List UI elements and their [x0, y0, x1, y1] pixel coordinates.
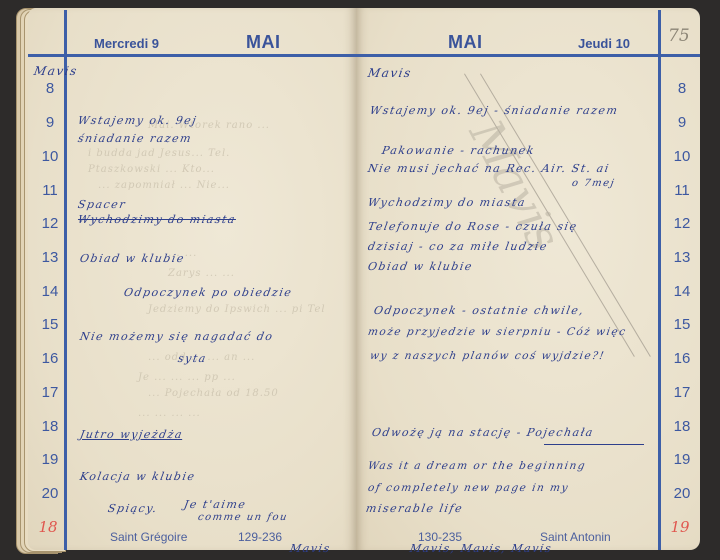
- pencil-overlay-text: Mavis: [459, 111, 572, 259]
- handwritten-entry: Mavis: [33, 64, 79, 78]
- handwritten-entry: Odpoczynek - ostatnie chwile,: [373, 304, 586, 317]
- hour-20: 20: [38, 485, 62, 502]
- hour-15: 15: [670, 316, 694, 333]
- day-of-year-number: 18: [36, 518, 60, 536]
- left-page: Mercredi 9 MAI Mai. Wtorek rano ... i bu…: [28, 8, 356, 550]
- hour-16: 16: [670, 350, 694, 367]
- hour-11: 11: [670, 182, 694, 199]
- hour-20: 20: [670, 485, 694, 502]
- handwritten-entry: Obiad w klubie: [79, 252, 186, 265]
- hour-12: 12: [670, 215, 694, 232]
- handwritten-entry: Was it a dream or the beginning: [367, 460, 587, 472]
- handwritten-entry: Odwożę ją na stację - Pojechała: [371, 426, 595, 439]
- bleed-through-text: Ptaszkowski ... Kto...: [88, 164, 215, 175]
- hour-column-rule: [658, 10, 661, 550]
- bleed-through-text: i budda jad Jesus... Tel.: [88, 148, 230, 159]
- hour-12: 12: [38, 215, 62, 232]
- handwritten-entry: Wstajemy ok. 9ej - śniadanie razem: [369, 104, 620, 117]
- hour-10: 10: [38, 148, 62, 165]
- handwritten-entry: syta: [177, 352, 208, 365]
- bleed-through-text: ... Pojechała od 18.50: [148, 388, 279, 399]
- day-label: Jeudi 10: [578, 36, 630, 51]
- handwritten-entry: Nie możemy się nagadać do: [79, 330, 275, 343]
- month-label: MAI: [448, 32, 483, 53]
- handwritten-entry: Spacer: [77, 198, 127, 211]
- hour-18: 18: [670, 418, 694, 435]
- handwritten-entry: of completely new page in my: [367, 482, 570, 494]
- hour-17: 17: [670, 384, 694, 401]
- hour-14: 14: [38, 283, 62, 300]
- hour-9: 9: [38, 114, 62, 131]
- hour-13: 13: [670, 249, 694, 266]
- hour-17: 17: [38, 384, 62, 401]
- handwritten-entry: Spiący.: [107, 502, 159, 515]
- day-counter: 130-235: [418, 530, 462, 544]
- bleed-through-text: Zarys ... ...: [168, 268, 235, 279]
- hour-10: 10: [670, 148, 694, 165]
- handwritten-entry: comme un fou: [197, 512, 289, 523]
- hour-16: 16: [38, 350, 62, 367]
- bleed-through-text: ... zapomniał ... Nie...: [98, 180, 230, 191]
- handwritten-entry: Wstajemy ok. 9ej: [77, 114, 198, 127]
- bleed-through-text: Jedziemy do Ipswich ... pi Tel: [148, 304, 326, 315]
- hour-19: 19: [38, 451, 62, 468]
- hour-11: 11: [38, 182, 62, 199]
- saint-of-day: Saint Grégoire: [110, 530, 187, 544]
- hour-13: 13: [38, 249, 62, 266]
- day-of-year-number: 19: [668, 518, 692, 536]
- handwritten-entry: Mavis: [367, 66, 413, 80]
- hour-15: 15: [38, 316, 62, 333]
- handwritten-entry: wy z naszych planów coś wyjdzie?!: [369, 350, 606, 362]
- hour-18: 18: [38, 418, 62, 435]
- handwritten-entry: Telefonuje do Rose - czuła się: [367, 220, 579, 233]
- handwritten-entry: miserable life: [365, 502, 464, 515]
- day-label: Mercredi 9: [94, 36, 159, 51]
- handwritten-entry: Odpoczynek po obiedzie: [123, 286, 294, 299]
- bleed-through-text: ... ... ... ...: [138, 408, 201, 419]
- bleed-through-text: Je ... ... ... pp ...: [138, 372, 236, 383]
- handwritten-entry: Je t'aime: [183, 498, 248, 511]
- hour-8: 8: [38, 80, 62, 97]
- handwritten-entry: Wychodzimy do miasta: [367, 196, 527, 209]
- header-rule: [28, 54, 356, 57]
- handwritten-entry-underlined: Jutro wyjeżdża: [79, 428, 184, 441]
- header-rule: [356, 54, 700, 57]
- handwritten-signature: Mavis: [289, 542, 332, 555]
- handwritten-entry: Kolacja w klubie: [79, 470, 197, 483]
- right-page: MAI Jeudi 10 75 Mavis 8 9 10 11 12 13 14…: [356, 8, 700, 550]
- handwritten-entry: dzisiaj - co za miłe ludzie: [367, 240, 549, 253]
- handwritten-entry: o 7mej: [571, 178, 616, 189]
- handwritten-entry-struck: Wychodzimy do miasta: [77, 213, 237, 226]
- handwritten-entry: może przyjedzie w sierpniu - Cóż więc: [367, 326, 628, 338]
- handwritten-entry: Obiad w klubie: [367, 260, 474, 273]
- hour-14: 14: [670, 283, 694, 300]
- handwritten-entry: Nie musi jechać na Rec. Air. St. ai: [367, 162, 611, 175]
- day-counter: 129-236: [238, 530, 282, 544]
- underline-stroke: [544, 444, 644, 445]
- handwritten-entry: Pakowanie - rachunek: [381, 144, 536, 157]
- saint-of-day: Saint Antonin: [540, 530, 611, 544]
- page-number-annotation: 75: [668, 26, 690, 46]
- hour-column-rule: [64, 10, 67, 550]
- handwritten-entry: śniadanie razem: [77, 132, 193, 145]
- hour-9: 9: [670, 114, 694, 131]
- hour-19: 19: [670, 451, 694, 468]
- hour-8: 8: [670, 80, 694, 97]
- month-label: MAI: [246, 32, 281, 53]
- diary-spread: Mercredi 9 MAI Mai. Wtorek rano ... i bu…: [0, 0, 720, 560]
